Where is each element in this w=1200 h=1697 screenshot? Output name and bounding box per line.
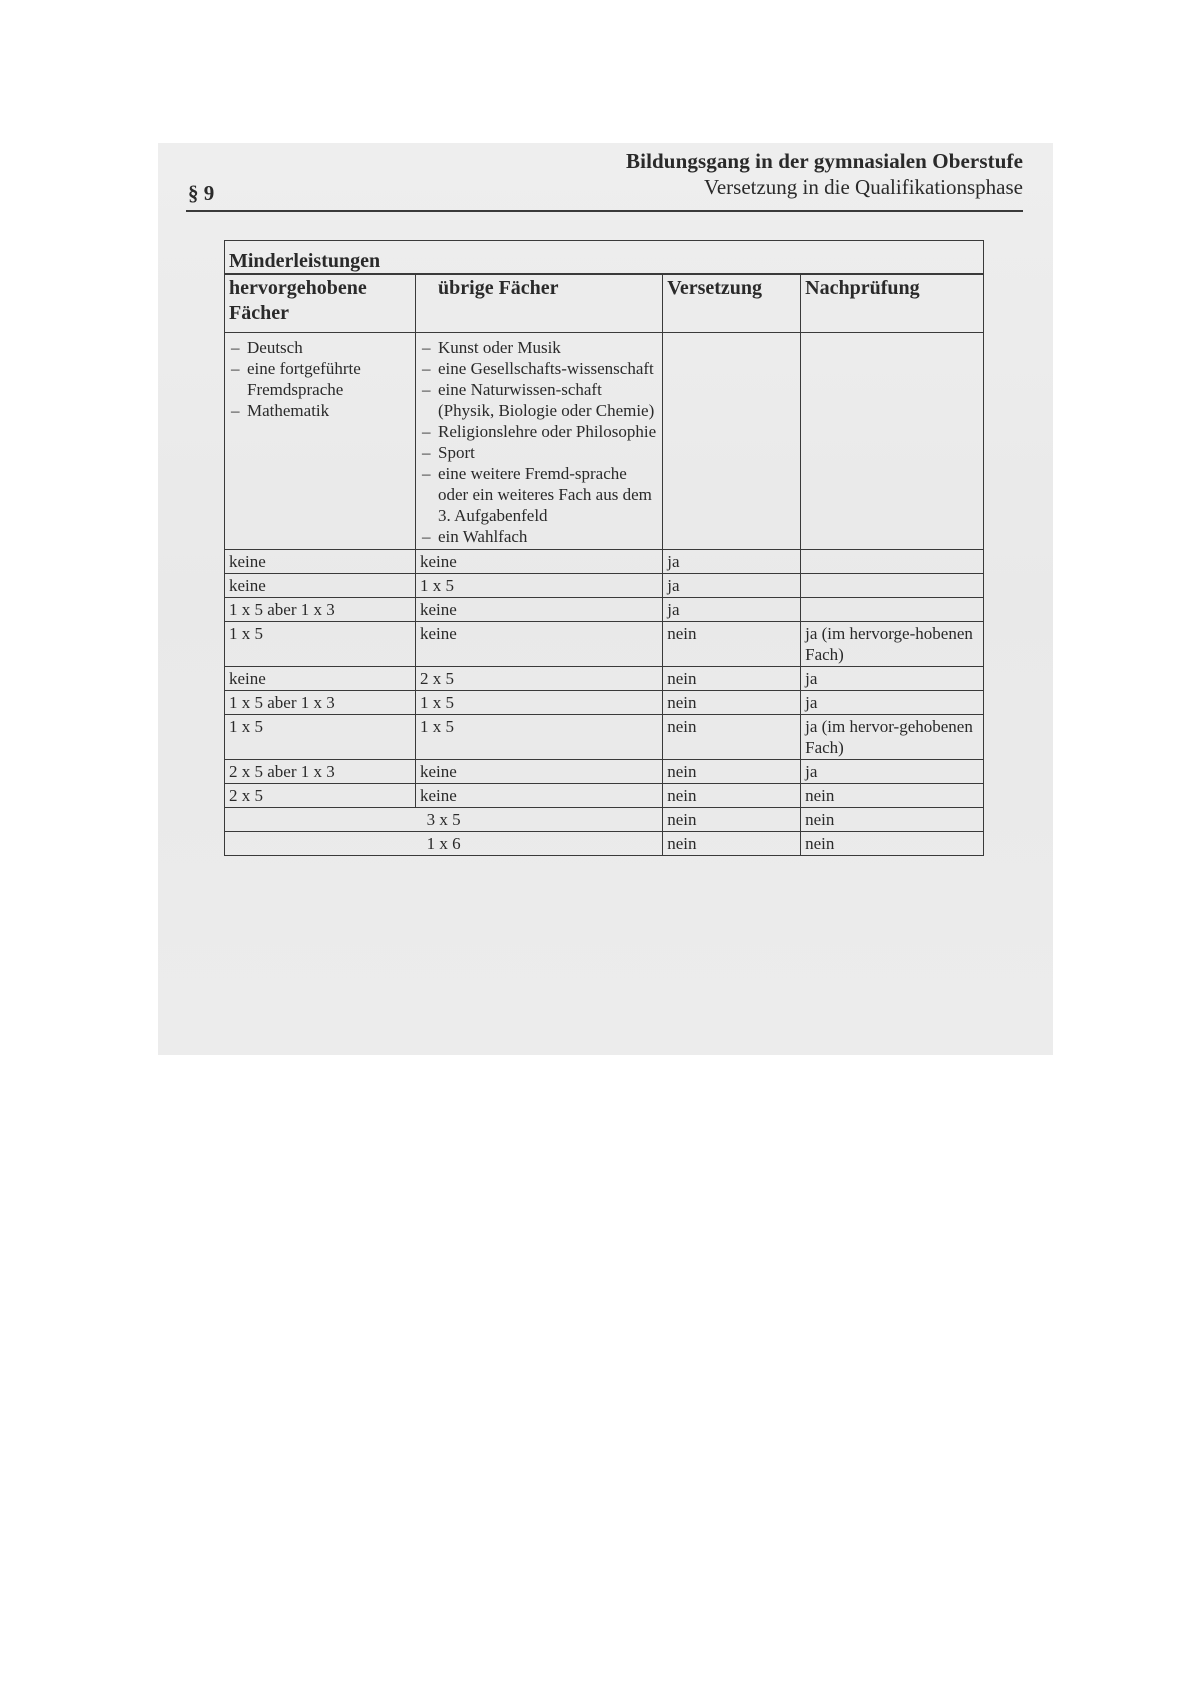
empty-cell [663,333,801,550]
other-shortfall-cell: keine [416,760,663,784]
highlighted-shortfall-cell: keine [225,550,416,574]
nachpruefung-cell: nein [801,784,984,808]
nachpruefung-cell: ja (im hervor-gehobenen Fach) [801,715,984,760]
table-row: 1 x 5keineneinja (im hervorge-hobenen Fa… [225,622,984,667]
other-subjects-list: Kunst oder Musikeine Gesellschafts-wisse… [420,337,658,547]
highlighted-shortfall-cell: keine [225,574,416,598]
nachpruefung-cell: ja [801,760,984,784]
table-row: 3 x 5neinnein [225,808,984,832]
other-subjects-cell: Kunst oder Musikeine Gesellschafts-wisse… [416,333,663,550]
nachpruefung-cell: ja [801,667,984,691]
promotion-rules-table: Minderleistungen hervorgehobene Fächer ü… [224,240,984,856]
other-shortfall-cell: 1 x 5 [416,715,663,760]
highlighted-shortfall-cell: 2 x 5 aber 1 x 3 [225,760,416,784]
subject-item: eine fortgeführte Fremdsprache [229,358,411,400]
subject-item: Religionslehre oder Philosophie [420,421,658,442]
column-header-nachpruefung: Nachprüfung [801,274,984,333]
highlighted-shortfall-cell: 1 x 5 [225,715,416,760]
versetzung-cell: nein [663,691,801,715]
subject-item: eine Gesellschafts-wissenschaft [420,358,658,379]
table-row: 1 x 51 x 5neinja (im hervor-gehobenen Fa… [225,715,984,760]
table-row: 1 x 6neinnein [225,832,984,856]
highlighted-shortfall-cell: 1 x 5 aber 1 x 3 [225,598,416,622]
versetzung-cell: nein [663,760,801,784]
subject-item: Sport [420,442,658,463]
nachpruefung-cell [801,598,984,622]
subject-item: Mathematik [229,400,411,421]
subject-item: Deutsch [229,337,411,358]
combined-shortfall-cell: 1 x 6 [225,832,663,856]
nachpruefung-cell [801,550,984,574]
other-shortfall-cell: keine [416,622,663,667]
table-row: keine1 x 5ja [225,574,984,598]
highlighted-shortfall-cell: 1 x 5 [225,622,416,667]
highlighted-subjects-cell: Deutscheine fortgeführte FremdspracheMat… [225,333,416,550]
table-row: 2 x 5 aber 1 x 3keineneinja [225,760,984,784]
subject-item: ein Wahlfach [420,526,658,547]
versetzung-cell: nein [663,808,801,832]
other-shortfall-cell: 2 x 5 [416,667,663,691]
table-caption: Minderleistungen [225,241,984,275]
table-row: 1 x 5 aber 1 x 3keineja [225,598,984,622]
empty-cell [801,333,984,550]
highlighted-shortfall-cell: 2 x 5 [225,784,416,808]
subjects-row: Deutscheine fortgeführte FremdspracheMat… [225,333,984,550]
nachpruefung-cell: nein [801,832,984,856]
column-header-versetzung: Versetzung [663,274,801,333]
header-rule [186,210,1023,212]
subject-item: eine Naturwissen-schaft (Physik, Biologi… [420,379,658,421]
subject-item: Kunst oder Musik [420,337,658,358]
versetzung-cell: nein [663,622,801,667]
versetzung-cell: ja [663,550,801,574]
nachpruefung-cell: ja [801,691,984,715]
column-header-other: übrige Fächer [416,274,663,333]
versetzung-cell: nein [663,667,801,691]
section-number: § 9 [188,181,214,206]
scanned-page: Bildungsgang in der gymnasialen Oberstuf… [158,143,1053,1055]
versetzung-cell: ja [663,574,801,598]
other-shortfall-cell: keine [416,550,663,574]
versetzung-cell: nein [663,715,801,760]
table-row: 2 x 5keineneinnein [225,784,984,808]
header-subtitle: Versetzung in die Qualifikationsphase [704,175,1023,200]
nachpruefung-cell: nein [801,808,984,832]
other-shortfall-cell: keine [416,784,663,808]
highlighted-shortfall-cell: keine [225,667,416,691]
combined-shortfall-cell: 3 x 5 [225,808,663,832]
nachpruefung-cell: ja (im hervorge-hobenen Fach) [801,622,984,667]
column-header-highlighted: hervorgehobene Fächer [225,274,416,333]
table-row: keinekeineja [225,550,984,574]
table-row: 1 x 5 aber 1 x 31 x 5neinja [225,691,984,715]
versetzung-cell: nein [663,832,801,856]
versetzung-cell: nein [663,784,801,808]
header-title: Bildungsgang in der gymnasialen Oberstuf… [626,149,1023,174]
versetzung-cell: ja [663,598,801,622]
other-shortfall-cell: keine [416,598,663,622]
table-row: keine2 x 5neinja [225,667,984,691]
other-shortfall-cell: 1 x 5 [416,574,663,598]
highlighted-subjects-list: Deutscheine fortgeführte FremdspracheMat… [229,337,411,421]
subject-item: eine weitere Fremd-sprache oder ein weit… [420,463,658,526]
nachpruefung-cell [801,574,984,598]
highlighted-shortfall-cell: 1 x 5 aber 1 x 3 [225,691,416,715]
other-shortfall-cell: 1 x 5 [416,691,663,715]
